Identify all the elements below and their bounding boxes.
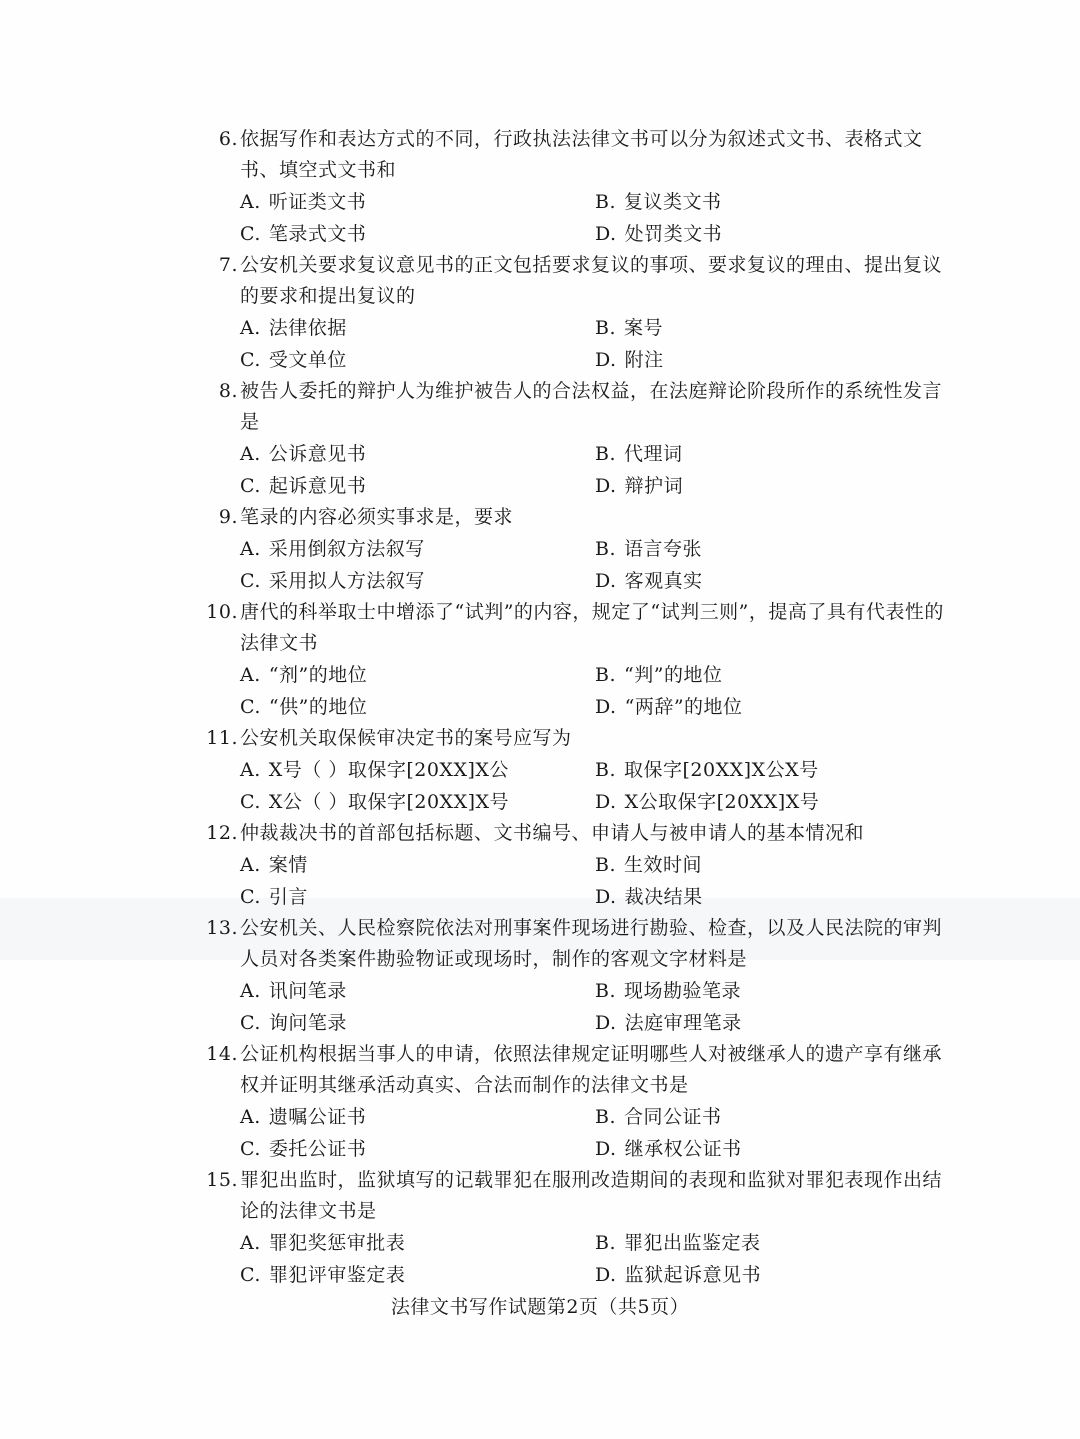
question-14: 14.公证机构根据当事人的申请，依照法律规定证明哪些人对被继承人的遗产享有继承权… [200, 1039, 960, 1165]
answer-option-a: A.“剂”的地位 [240, 659, 595, 691]
option-text: 案号 [624, 312, 663, 344]
answer-option-b: B.生效时间 [595, 849, 950, 881]
answer-option-d: D.处罚类文书 [595, 218, 950, 250]
answer-options: A.采用倒叙方法叙写B.语言夸张C.采用拟人方法叙写D.客观真实 [240, 533, 960, 597]
option-text: 采用倒叙方法叙写 [269, 533, 425, 565]
option-text: 起诉意见书 [269, 470, 367, 502]
option-text: 处罚类文书 [625, 218, 723, 250]
option-letter: A. [240, 754, 261, 786]
option-letter: B. [595, 533, 616, 565]
option-letter: D. [595, 881, 617, 913]
answer-option-a: A.遗嘱公证书 [240, 1101, 595, 1133]
option-letter: D. [595, 218, 617, 250]
question-stem: 9.笔录的内容必须实事求是，要求 [200, 502, 960, 533]
option-text: 生效时间 [624, 849, 702, 881]
answer-option-c: C.询问笔录 [240, 1007, 595, 1039]
option-text: 引言 [269, 881, 308, 913]
option-text: 受文单位 [269, 344, 347, 376]
option-text: “供”的地位 [269, 691, 367, 723]
option-text: 罪犯奖惩审批表 [269, 1227, 406, 1259]
option-text: 复议类文书 [624, 186, 722, 218]
answer-options: A.“剂”的地位B.“判”的地位C.“供”的地位D.“两辞”的地位 [240, 659, 960, 723]
option-text: 监狱起诉意见书 [625, 1259, 762, 1291]
answer-option-b: B.语言夸张 [595, 533, 950, 565]
answer-option-d: D.裁决结果 [595, 881, 950, 913]
option-text: 现场勘验笔录 [624, 975, 741, 1007]
question-number: 13. [200, 913, 238, 975]
option-letter: C. [240, 786, 261, 818]
question-number: 10. [200, 597, 238, 659]
option-text: 遗嘱公证书 [269, 1101, 367, 1133]
answer-option-b: B.取保字[20XX]X公X号 [595, 754, 950, 786]
option-text: X公（ ）取保字[20XX]X号 [269, 786, 509, 818]
question-number: 8. [200, 376, 238, 438]
answer-option-d: D.辩护词 [595, 470, 950, 502]
question-stem: 7.公安机关要求复议意见书的正文包括要求复议的事项、要求复议的理由、提出复议的要… [200, 250, 960, 312]
question-text: 被告人委托的辩护人为维护被告人的合法权益，在法庭辩论阶段所作的系统性发言是 [240, 376, 960, 438]
option-text: 辩护词 [625, 470, 684, 502]
answer-options: A.听证类文书B.复议类文书C.笔录式文书D.处罚类文书 [240, 186, 960, 250]
option-text: 罪犯出监鉴定表 [624, 1227, 761, 1259]
option-text: 法律依据 [269, 312, 347, 344]
question-list: 6.依据写作和表达方式的不同，行政执法法律文书可以分为叙述式文书、表格式文书、填… [200, 124, 960, 1291]
question-number: 6. [200, 124, 238, 186]
question-8: 8.被告人委托的辩护人为维护被告人的合法权益，在法庭辩论阶段所作的系统性发言是A… [200, 376, 960, 502]
answer-options: A.罪犯奖惩审批表B.罪犯出监鉴定表C.罪犯评审鉴定表D.监狱起诉意见书 [240, 1227, 960, 1291]
option-letter: B. [595, 438, 616, 470]
answer-option-d: D.客观真实 [595, 565, 950, 597]
answer-option-c: C.起诉意见书 [240, 470, 595, 502]
exam-page: 6.依据写作和表达方式的不同，行政执法法律文书可以分为叙述式文书、表格式文书、填… [0, 0, 1080, 1439]
option-text: “两辞”的地位 [625, 691, 743, 723]
question-number: 9. [200, 502, 238, 533]
answer-option-c: C.采用拟人方法叙写 [240, 565, 595, 597]
answer-option-a: A.采用倒叙方法叙写 [240, 533, 595, 565]
question-number: 11. [200, 723, 238, 754]
answer-option-a: A.案情 [240, 849, 595, 881]
option-letter: D. [595, 1007, 617, 1039]
answer-option-b: B.案号 [595, 312, 950, 344]
option-text: 继承权公证书 [625, 1133, 742, 1165]
option-text: 附注 [625, 344, 664, 376]
answer-options: A.X号（ ）取保字[20XX]X公B.取保字[20XX]X公X号C.X公（ ）… [240, 754, 960, 818]
answer-option-d: D.继承权公证书 [595, 1133, 950, 1165]
option-letter: B. [595, 849, 616, 881]
option-text: 罪犯评审鉴定表 [269, 1259, 406, 1291]
question-stem: 10.唐代的科举取士中增添了“试判”的内容，规定了“试判三则”，提高了具有代表性… [200, 597, 960, 659]
option-letter: D. [595, 344, 617, 376]
option-text: 笔录式文书 [269, 218, 367, 250]
option-letter: D. [595, 691, 617, 723]
question-stem: 6.依据写作和表达方式的不同，行政执法法律文书可以分为叙述式文书、表格式文书、填… [200, 124, 960, 186]
option-letter: B. [595, 312, 616, 344]
option-letter: C. [240, 1007, 261, 1039]
option-letter: B. [595, 659, 616, 691]
option-letter: A. [240, 659, 261, 691]
option-letter: B. [595, 754, 616, 786]
answer-option-c: C.引言 [240, 881, 595, 913]
answer-option-c: C.“供”的地位 [240, 691, 595, 723]
answer-option-a: A.X号（ ）取保字[20XX]X公 [240, 754, 595, 786]
question-number: 14. [200, 1039, 238, 1101]
answer-option-b: B.现场勘验笔录 [595, 975, 950, 1007]
option-text: X号（ ）取保字[20XX]X公 [269, 754, 509, 786]
question-stem: 11.公安机关取保候审决定书的案号应写为 [200, 723, 960, 754]
option-letter: A. [240, 849, 261, 881]
option-letter: D. [595, 786, 617, 818]
question-text: 笔录的内容必须实事求是，要求 [240, 502, 960, 533]
option-letter: C. [240, 1133, 261, 1165]
option-text: “判”的地位 [624, 659, 722, 691]
option-letter: A. [240, 1101, 261, 1133]
option-text: 委托公证书 [269, 1133, 367, 1165]
option-letter: A. [240, 186, 261, 218]
option-letter: A. [240, 312, 261, 344]
question-9: 9.笔录的内容必须实事求是，要求A.采用倒叙方法叙写B.语言夸张C.采用拟人方法… [200, 502, 960, 597]
answer-option-a: A.听证类文书 [240, 186, 595, 218]
option-letter: C. [240, 1259, 261, 1291]
question-text: 公安机关要求复议意见书的正文包括要求复议的事项、要求复议的理由、提出复议的要求和… [240, 250, 960, 312]
answer-option-b: B.合同公证书 [595, 1101, 950, 1133]
question-11: 11.公安机关取保候审决定书的案号应写为A.X号（ ）取保字[20XX]X公B.… [200, 723, 960, 818]
option-letter: C. [240, 470, 261, 502]
option-text: 采用拟人方法叙写 [269, 565, 425, 597]
option-letter: D. [595, 470, 617, 502]
option-letter: C. [240, 344, 261, 376]
option-text: 客观真实 [625, 565, 703, 597]
question-text: 依据写作和表达方式的不同，行政执法法律文书可以分为叙述式文书、表格式文书、填空式… [240, 124, 960, 186]
answer-option-b: B.复议类文书 [595, 186, 950, 218]
question-stem: 13.公安机关、人民检察院依法对刑事案件现场进行勘验、检查，以及人民法院的审判人… [200, 913, 960, 975]
answer-options: A.案情B.生效时间C.引言D.裁决结果 [240, 849, 960, 913]
question-text: 公安机关取保候审决定书的案号应写为 [240, 723, 960, 754]
option-text: 法庭审理笔录 [625, 1007, 742, 1039]
option-letter: C. [240, 218, 261, 250]
option-letter: B. [595, 1227, 616, 1259]
question-number: 12. [200, 818, 238, 849]
option-text: 询问笔录 [269, 1007, 347, 1039]
question-text: 仲裁裁决书的首部包括标题、文书编号、申请人与被申请人的基本情况和 [240, 818, 960, 849]
question-number: 15. [200, 1165, 238, 1227]
answer-option-b: B.代理词 [595, 438, 950, 470]
answer-option-d: D.附注 [595, 344, 950, 376]
answer-option-a: A.讯问笔录 [240, 975, 595, 1007]
answer-option-d: D.监狱起诉意见书 [595, 1259, 950, 1291]
question-6: 6.依据写作和表达方式的不同，行政执法法律文书可以分为叙述式文书、表格式文书、填… [200, 124, 960, 250]
option-letter: D. [595, 565, 617, 597]
option-text: 公诉意见书 [269, 438, 367, 470]
answer-options: A.遗嘱公证书B.合同公证书C.委托公证书D.继承权公证书 [240, 1101, 960, 1165]
question-13: 13.公安机关、人民检察院依法对刑事案件现场进行勘验、检查，以及人民法院的审判人… [200, 913, 960, 1039]
option-text: 语言夸张 [624, 533, 702, 565]
option-letter: C. [240, 691, 261, 723]
answer-option-b: B.罪犯出监鉴定表 [595, 1227, 950, 1259]
answer-option-a: A.法律依据 [240, 312, 595, 344]
question-10: 10.唐代的科举取士中增添了“试判”的内容，规定了“试判三则”，提高了具有代表性… [200, 597, 960, 723]
question-stem: 15.罪犯出监时，监狱填写的记载罪犯在服刑改造期间的表现和监狱对罪犯表现作出结论… [200, 1165, 960, 1227]
option-text: 代理词 [624, 438, 683, 470]
option-text: 案情 [269, 849, 308, 881]
option-text: “剂”的地位 [269, 659, 367, 691]
page-footer: 法律文书写作试题第2页（共5页） [0, 1292, 1080, 1319]
question-stem: 12.仲裁裁决书的首部包括标题、文书编号、申请人与被申请人的基本情况和 [200, 818, 960, 849]
option-letter: C. [240, 565, 261, 597]
answer-option-d: D.“两辞”的地位 [595, 691, 950, 723]
answer-option-a: A.公诉意见书 [240, 438, 595, 470]
option-letter: A. [240, 1227, 261, 1259]
option-letter: A. [240, 438, 261, 470]
answer-option-c: C.受文单位 [240, 344, 595, 376]
question-text: 公证机构根据当事人的申请，依照法律规定证明哪些人对被继承人的遗产享有继承权并证明… [240, 1039, 960, 1101]
answer-option-a: A.罪犯奖惩审批表 [240, 1227, 595, 1259]
question-15: 15.罪犯出监时，监狱填写的记载罪犯在服刑改造期间的表现和监狱对罪犯表现作出结论… [200, 1165, 960, 1291]
answer-options: A.讯问笔录B.现场勘验笔录C.询问笔录D.法庭审理笔录 [240, 975, 960, 1039]
question-text: 公安机关、人民检察院依法对刑事案件现场进行勘验、检查，以及人民法院的审判人员对各… [240, 913, 960, 975]
answer-option-c: C.X公（ ）取保字[20XX]X号 [240, 786, 595, 818]
option-letter: B. [595, 1101, 616, 1133]
question-stem: 14.公证机构根据当事人的申请，依照法律规定证明哪些人对被继承人的遗产享有继承权… [200, 1039, 960, 1101]
answer-option-d: D.法庭审理笔录 [595, 1007, 950, 1039]
option-letter: B. [595, 975, 616, 1007]
question-7: 7.公安机关要求复议意见书的正文包括要求复议的事项、要求复议的理由、提出复议的要… [200, 250, 960, 376]
option-text: 裁决结果 [625, 881, 703, 913]
option-text: 听证类文书 [269, 186, 367, 218]
option-text: 讯问笔录 [269, 975, 347, 1007]
option-letter: A. [240, 975, 261, 1007]
answer-option-b: B.“判”的地位 [595, 659, 950, 691]
answer-option-c: C.罪犯评审鉴定表 [240, 1259, 595, 1291]
answer-options: A.法律依据B.案号C.受文单位D.附注 [240, 312, 960, 376]
option-text: X公取保字[20XX]X号 [625, 786, 820, 818]
question-12: 12.仲裁裁决书的首部包括标题、文书编号、申请人与被申请人的基本情况和A.案情B… [200, 818, 960, 913]
answer-options: A.公诉意见书B.代理词C.起诉意见书D.辩护词 [240, 438, 960, 502]
option-text: 合同公证书 [624, 1101, 722, 1133]
option-text: 取保字[20XX]X公X号 [624, 754, 819, 786]
option-letter: C. [240, 881, 261, 913]
option-letter: A. [240, 533, 261, 565]
answer-option-c: C.笔录式文书 [240, 218, 595, 250]
option-letter: D. [595, 1259, 617, 1291]
answer-option-d: D.X公取保字[20XX]X号 [595, 786, 950, 818]
question-text: 唐代的科举取士中增添了“试判”的内容，规定了“试判三则”，提高了具有代表性的法律… [240, 597, 960, 659]
question-stem: 8.被告人委托的辩护人为维护被告人的合法权益，在法庭辩论阶段所作的系统性发言是 [200, 376, 960, 438]
answer-option-c: C.委托公证书 [240, 1133, 595, 1165]
question-text: 罪犯出监时，监狱填写的记载罪犯在服刑改造期间的表现和监狱对罪犯表现作出结论的法律… [240, 1165, 960, 1227]
option-letter: B. [595, 186, 616, 218]
option-letter: D. [595, 1133, 617, 1165]
question-number: 7. [200, 250, 238, 312]
